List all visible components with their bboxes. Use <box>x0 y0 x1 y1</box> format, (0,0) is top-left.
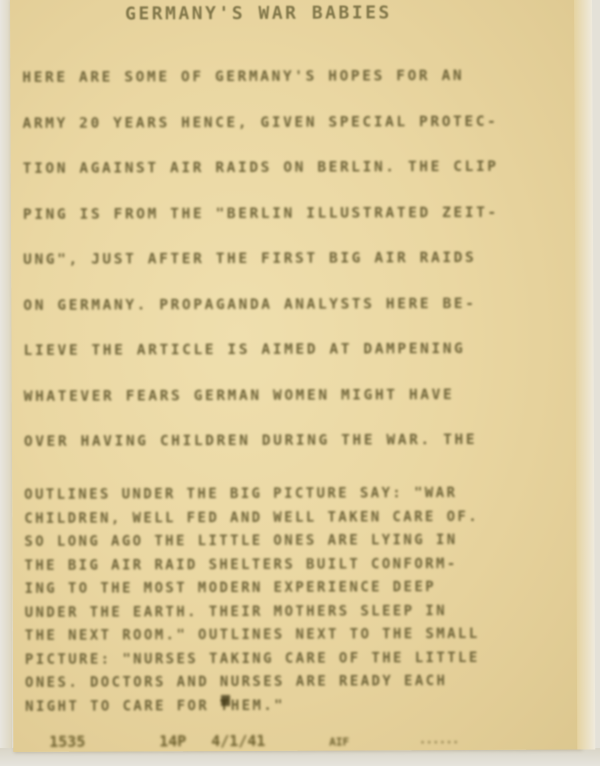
text-line: PING IS FROM THE "BERLIN ILLUSTRATED ZEI… <box>23 204 499 222</box>
document-title: GERMANY'S WAR BABIES <box>125 2 392 24</box>
text-line: ON GERMANY. PROPAGANDA ANALYSTS HERE BE- <box>23 295 476 313</box>
footer-number: 14P <box>159 732 211 750</box>
text-line: UNDER THE EARTH. THEIR MOTHERS SLEEP IN <box>25 603 447 621</box>
text-line: NIGHT TO CARE FOR THEM." <box>25 697 285 714</box>
text-line: WHATEVER FEARS GERMAN WOMEN MIGHT HAVE <box>24 387 455 405</box>
text-line: LIEVE THE ARTICLE IS AIMED AT DAMPENING <box>23 341 465 359</box>
text-line: THE BIG AIR RAID SHELTERS BUILT CONFORM- <box>24 556 457 574</box>
footer-code: 1535 <box>49 732 159 750</box>
footer-signature: ...... <box>419 731 539 750</box>
footer-initials: AIF <box>329 731 419 749</box>
footer-date: 4/1/41 <box>211 732 329 751</box>
text-line: OUTLINES UNDER THE BIG PICTURE SAY: "WAR <box>24 485 457 503</box>
text-line: THE NEXT ROOM." OUTLINES NEXT TO THE SMA… <box>25 626 480 644</box>
text-line: SO LONG AGO THE LITTLE ONES ARE LYING IN <box>24 532 457 550</box>
text-line: TION AGAINST AIR RAIDS ON BERLIN. THE CL… <box>23 159 499 177</box>
text-line: OVER HAVING CHILDREN DURING THE WAR. THE <box>24 432 477 450</box>
ink-smudge <box>221 695 230 706</box>
text-line: ING TO THE MOST MODERN EXPERIENCE DEEP <box>25 579 437 597</box>
typewritten-page: GERMANY'S WAR BABIES HERE ARE SOME OF GE… <box>10 0 581 752</box>
document-footer: 1535 14P 4/1/41 AIF ...... <box>49 731 569 751</box>
text-line: UNG", JUST AFTER THE FIRST BIG AIR RAIDS <box>23 250 476 268</box>
text-line: ONES. DOCTORS AND NURSES ARE READY EACH <box>25 673 447 691</box>
text-line: HERE ARE SOME OF GERMANY'S HOPES FOR AN <box>22 68 464 86</box>
text-line: PICTURE: "NURSES TAKING CARE OF THE LITT… <box>25 649 480 667</box>
text-line: CHILDREN, WELL FED AND WELL TAKEN CARE O… <box>24 508 479 526</box>
text-line: ARMY 20 YEARS HENCE, GIVEN SPECIAL PROTE… <box>23 113 499 131</box>
